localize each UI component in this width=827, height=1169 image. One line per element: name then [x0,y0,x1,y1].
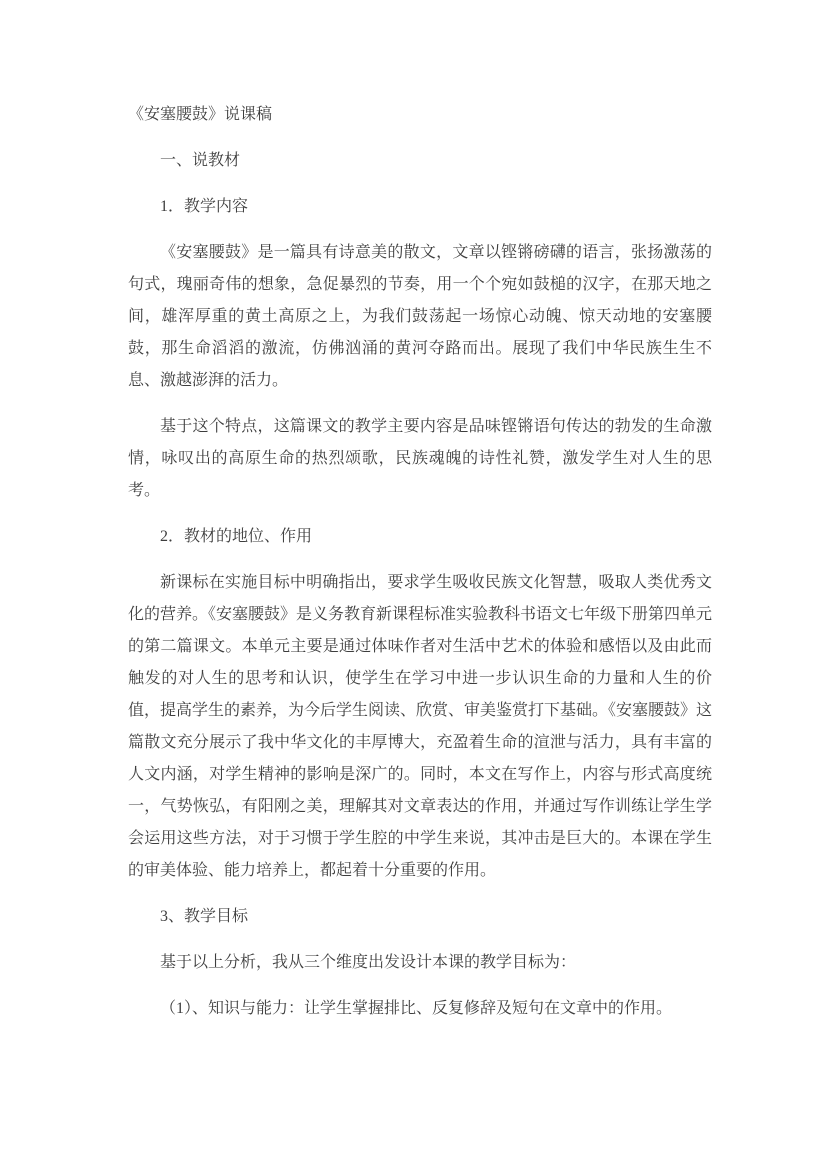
paragraph-text-overview: 《安塞腰鼓》是一篇具有诗意美的散文，文章以铿锵磅礴的语言，张扬激荡的句式，瑰丽奇… [128,237,712,397]
subsection-heading-jiaoxue-mubiao: 3、教学目标 [128,901,712,933]
document-page: 《安塞腰鼓》说课稿 一、说教材 1．教学内容 《安塞腰鼓》是一篇具有诗意美的散文… [0,0,827,1169]
paragraph-teaching-content: 基于这个特点，这篇课文的教学主要内容是品味铿锵语句传达的勃发的生命激情，咏叹出的… [128,411,712,507]
subsection-heading-jiaoxue-neirong: 1．教学内容 [128,191,712,223]
document-content: 《安塞腰鼓》说课稿 一、说教材 1．教学内容 《安塞腰鼓》是一篇具有诗意美的散文… [128,99,712,1039]
subsection-heading-diwei-zuoyong: 2．教材的地位、作用 [128,521,712,553]
paragraph-textbook-status: 新课标在实施目标中明确指出，要求学生吸收民族文化智慧，吸取人类优秀文化的营养。《… [128,567,712,887]
paragraph-goal-knowledge-ability: （1）、知识与能力：让学生掌握排比、反复修辞及短句在文章中的作用。 [128,993,712,1025]
section-heading-shuo-jiaocai: 一、说教材 [128,145,712,177]
document-title: 《安塞腰鼓》说课稿 [128,99,712,131]
paragraph-goal-intro: 基于以上分析，我从三个维度出发设计本课的教学目标为： [128,947,712,979]
